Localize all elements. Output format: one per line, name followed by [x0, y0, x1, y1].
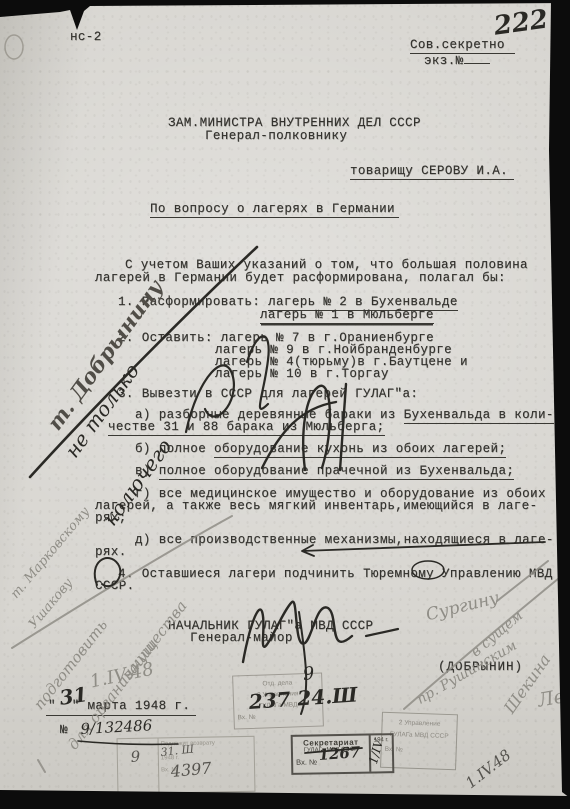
secrecy-stamp-line2: экз.№ — [424, 53, 490, 68]
right-pencil-note: Ле — [536, 685, 567, 711]
scanned-document-photo: нс-2 Сов.секретно экз.№ ЗАМ.МИНИСТРА ВНУ… — [0, 0, 570, 809]
addressee-line1: ЗАМ.МИНИСТРА ВНУТРЕННИХ ДЕЛ СССР — [168, 116, 421, 130]
handwritten-figure-nine: 9 — [302, 663, 315, 685]
copy-number-blank — [464, 53, 490, 64]
typed-line: 4. Оставшиеся лагери подчинить Тюремному… — [118, 567, 553, 581]
box-handwritten-nine: 9 — [130, 747, 141, 766]
subject-line: По вопросу о лагерях в Германии — [150, 202, 399, 218]
handwritten-date-day: 31 — [58, 682, 89, 710]
form-code: нс-2 — [70, 30, 102, 44]
addressee-line3: товарищу СЕРОВУ И.А. — [350, 164, 514, 180]
stamp-incoming-number: 1267 — [318, 743, 361, 764]
copy-number-label: экз.№ — [424, 54, 464, 68]
handwritten-outgoing-number: 9/132486 — [80, 716, 153, 738]
directorate-incoming-stamp: 2 Управление ГУЛАГа МВД СССР Вх. № — [380, 712, 458, 771]
typed-line: д) все производственные механизмы,находя… — [135, 533, 554, 547]
number-sign: № — [60, 723, 68, 737]
typed-line: 1. Расформировать: лагерь № 2 в Бухенвал… — [118, 295, 458, 309]
typed-line: С учетом Ваших указаний о том, что больш… — [125, 258, 528, 272]
typed-line: в) полное оборудование прачечной из Бухе… — [135, 464, 514, 478]
typed-line: б) полное оборудование кухонь из обоих л… — [135, 442, 506, 456]
typed-line: 3. Вывезти в СССР для лагерей ГУЛАГ"а: — [118, 387, 418, 401]
typed-line: лагерей, а также весь мягкий инвентарь,и… — [95, 499, 537, 513]
addressee-line2: Генерал-полковнику — [205, 129, 347, 143]
typed-line: честве 31 и 88 барака из Мюльберга; — [108, 420, 385, 434]
typed-line: лагерь № 10 в г.Торгау — [215, 367, 389, 381]
typed-line: лагерь № 1 в Мюльберге — [260, 308, 434, 322]
box-handwritten-number: 4397 — [170, 758, 212, 780]
typed-line: рях. — [95, 545, 127, 559]
typed-line: СССР. — [95, 579, 135, 593]
signature-title-line2: Генерал-майор — [190, 631, 293, 645]
